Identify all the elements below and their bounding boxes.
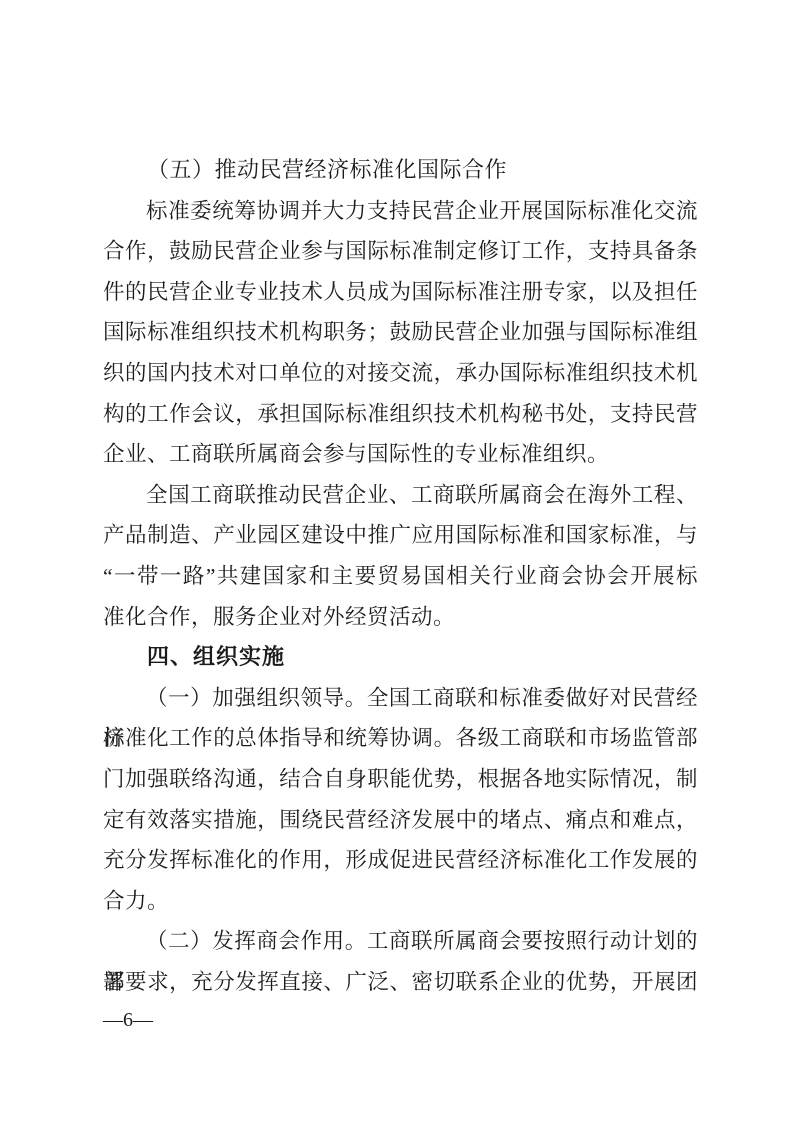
text-line: 全国工商联推动民营企业、工商联所属商会在海外工程、: [103, 475, 698, 516]
text-line: 件的民营企业专业技术人员成为国际标准注册专家，以及担任: [103, 272, 698, 313]
text-line: 合作，鼓励民营企业参与国际标准制定修订工作，支持具备条: [103, 231, 698, 272]
text-line: 构的工作会议，承担国际标准组织技术机构秘书处，支持民营: [103, 394, 698, 435]
subsection-heading-5: （五）推动民营经济标准化国际合作: [103, 150, 698, 191]
text-line: 标准化工作的总体指导和统筹协调。各级工商联和市场监管部: [103, 718, 698, 759]
text-line: 产品制造、产业园区建设中推广应用国际标准和国家标准，与: [103, 515, 698, 556]
page-number: —6—: [103, 1002, 153, 1038]
text-line: 企业、工商联所属商会参与国际性的专业标准组织。: [103, 434, 698, 475]
text-line: （一）加强组织领导。全国工商联和标准委做好对民营经济: [103, 678, 698, 719]
text-block: （五）推动民营经济标准化国际合作 标准委统筹协调并大力支持民营企业开展国际标准化…: [103, 150, 698, 1002]
text-line: 准化合作，服务企业对外经贸活动。: [103, 597, 698, 638]
text-line: 定有效落实措施，围绕民营经济发展中的堵点、痛点和难点，: [103, 800, 698, 841]
text-line: 署要求，充分发挥直接、广泛、密切联系企业的优势，开展团: [103, 962, 698, 1003]
document-page: （五）推动民营经济标准化国际合作 标准委统筹协调并大力支持民营企业开展国际标准化…: [0, 0, 800, 1131]
text-line: （二）发挥商会作用。工商联所属商会要按照行动计划的部: [103, 921, 698, 962]
text-line: 合力。: [103, 881, 698, 922]
text-line: 门加强联络沟通，结合自身职能优势，根据各地实际情况，制: [103, 759, 698, 800]
text-line: 国际标准组织技术机构职务；鼓励民营企业加强与国际标准组: [103, 312, 698, 353]
text-line: 织的国内技术对口单位的对接交流，承办国际标准组织技术机: [103, 353, 698, 394]
text-line: 充分发挥标准化的作用，形成促进民营经济标准化工作发展的: [103, 840, 698, 881]
text-line: “一带一路”共建国家和主要贸易国相关行业商会协会开展标: [103, 556, 698, 597]
section-heading-4: 四、组织实施: [103, 637, 698, 678]
text-line: 标准委统筹协调并大力支持民营企业开展国际标准化交流: [103, 191, 698, 232]
